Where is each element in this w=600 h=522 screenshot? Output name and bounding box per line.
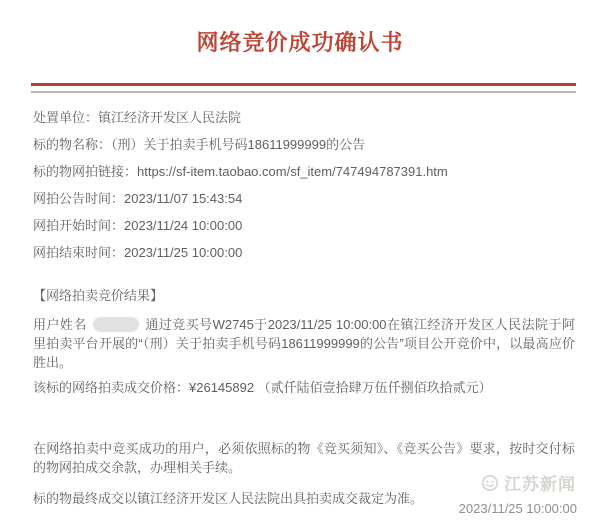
deal-price-line: 该标的网络拍卖成交价格：¥26145892 （贰仟陆佰壹拾肆万伍仟捌佰玖拾贰元） bbox=[33, 378, 575, 397]
field-label: 标的物名称： bbox=[33, 137, 111, 152]
field-item-name: 标的物名称：（刑）关于拍卖手机号码18611999999的公告 bbox=[33, 138, 575, 152]
field-disposal-unit: 处置单位：镇江经济开发区人民法院 bbox=[33, 111, 575, 125]
watermark-brand-text: 江苏新闻 bbox=[504, 470, 576, 495]
result-section-header: 【网络拍卖竞价结果】 bbox=[33, 288, 575, 303]
field-value: 2023/11/07 15:43:54 bbox=[124, 191, 242, 206]
field-label: 网拍公告时间： bbox=[33, 191, 124, 206]
divider-red-line bbox=[31, 83, 576, 86]
field-auction-link: 标的物网拍链接：https://sf-item.taobao.com/sf_it… bbox=[33, 165, 575, 179]
field-end-time: 网拍结束时间：2023/11/25 10:00:00 bbox=[33, 246, 575, 260]
field-announce-time: 网拍公告时间：2023/11/07 15:43:54 bbox=[33, 192, 575, 206]
winner-prefix-text: 用户姓名 bbox=[33, 317, 87, 332]
auction-item-url: https://sf-item.taobao.com/sf_item/74749… bbox=[137, 164, 448, 179]
confirmation-document: 网络竞价成功确认书 处置单位：镇江经济开发区人民法院 标的物名称：（刑）关于拍卖… bbox=[0, 0, 600, 522]
redacted-name-blur bbox=[93, 317, 139, 332]
field-start-time: 网拍开始时间：2023/11/24 10:00:00 bbox=[33, 219, 575, 233]
field-label: 网拍开始时间： bbox=[33, 218, 124, 233]
news-watermark: 江苏新闻 bbox=[480, 470, 576, 495]
capture-timestamp: 2023/11/25 10:00:00 bbox=[459, 501, 577, 516]
field-value: 2023/11/25 10:00:00 bbox=[124, 245, 242, 260]
field-label: 标的物网拍链接： bbox=[33, 164, 137, 179]
field-value: （刑）关于拍卖手机号码18611999999的公告 bbox=[111, 137, 365, 152]
winner-paragraph: 用户姓名通过竞买号W2745于2023/11/25 10:00:00在镇江经济开… bbox=[33, 315, 575, 372]
document-body: 处置单位：镇江经济开发区人民法院 标的物名称：（刑）关于拍卖手机号码186119… bbox=[0, 93, 600, 508]
field-value: 2023/11/24 10:00:00 bbox=[124, 218, 242, 233]
field-label: 网拍结束时间： bbox=[33, 245, 124, 260]
jstv-logo-icon bbox=[480, 474, 500, 492]
field-value: 镇江经济开发区人民法院 bbox=[98, 110, 241, 125]
document-title: 网络竞价成功确认书 bbox=[0, 0, 600, 57]
field-label: 处置单位： bbox=[33, 110, 98, 125]
